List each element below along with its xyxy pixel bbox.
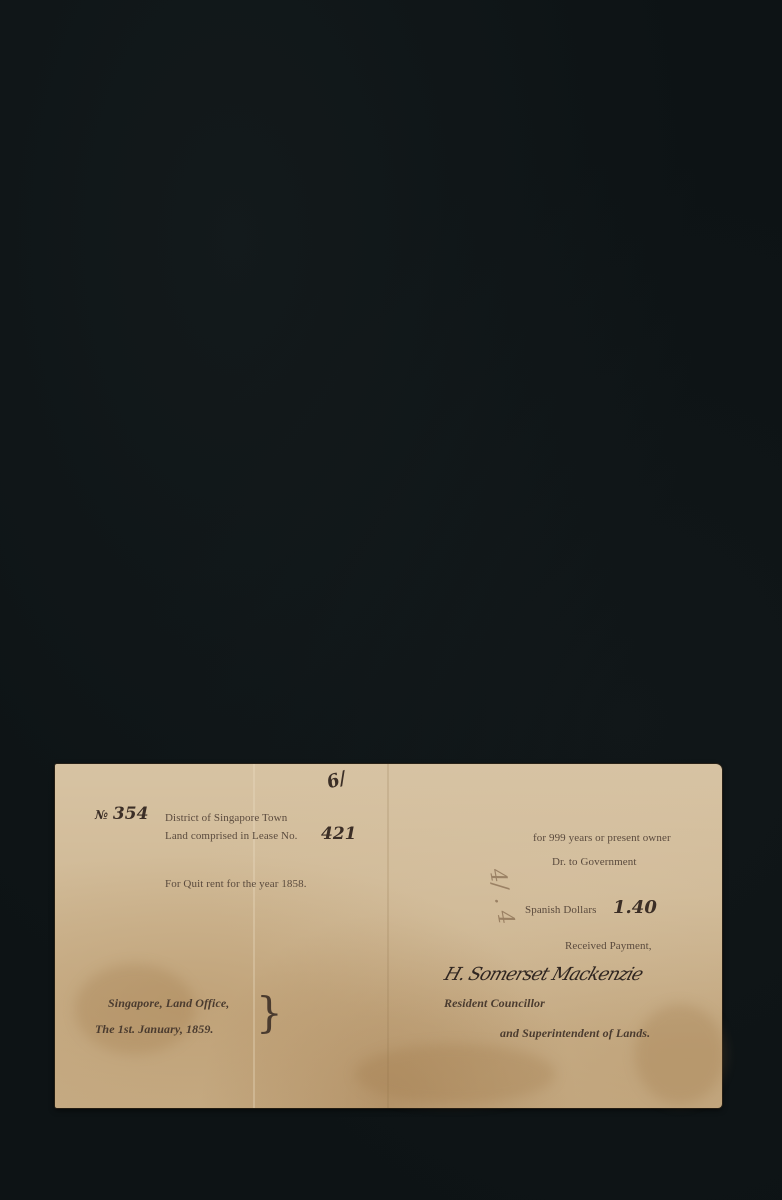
- purpose-line: For Quit rent for the year 1858.: [165, 878, 307, 890]
- office-line: Singapore, Land Office,: [108, 996, 229, 1011]
- receipt-number: № 354: [95, 804, 148, 824]
- corner-mark: 6/: [324, 768, 349, 794]
- lease-label: Land comprised in Lease No.: [165, 830, 298, 842]
- signatory-title-2: and Superintendent of Lands.: [500, 1026, 650, 1041]
- received-line: Received Payment,: [565, 940, 652, 952]
- signatory-title: Resident Councillor: [444, 996, 545, 1011]
- amount-value: 1.40: [613, 897, 657, 918]
- number-prefix: №: [95, 808, 108, 822]
- number-value: 354: [113, 804, 149, 824]
- quit-rent-receipt: 6/ № 354 District of Singapore Town Land…: [55, 764, 722, 1108]
- lease-number: 421: [321, 824, 357, 844]
- amount-label: Spanish Dollars: [525, 904, 596, 916]
- brace-glyph: }: [256, 992, 283, 1034]
- debtor-line: Dr. to Government: [552, 856, 637, 868]
- signature: H. Somerset Mackenzie: [442, 964, 646, 985]
- date-line: The 1st. January, 1859.: [95, 1022, 214, 1037]
- pencil-annotation: 4/ . 4: [484, 867, 518, 927]
- paper-stain: [355, 1044, 555, 1104]
- district-line: District of Singapore Town: [165, 812, 287, 824]
- paper-stain: [635, 1004, 725, 1104]
- term-line: for 999 years or present owner: [533, 832, 671, 844]
